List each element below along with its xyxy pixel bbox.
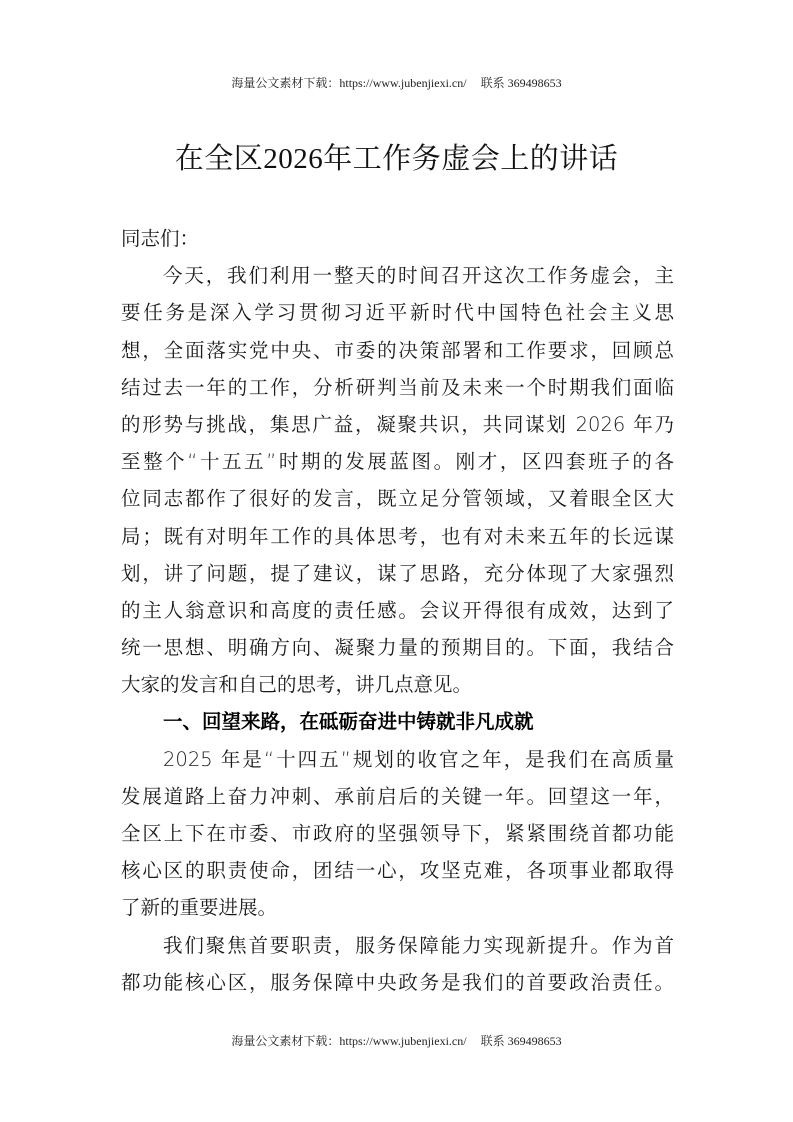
paragraph-line: 全区上下在市委、市政府的坚强领导下，紧紧围绕首都功能 [121, 815, 674, 852]
footer-download-label: 海量公文素材下载：https://www.jubenjiexi.cn/ [231, 1034, 466, 1048]
paragraph-line: 至整个“十五五”时期的发展蓝图。刚才，区四套班子的各 [121, 443, 674, 480]
header-download-label: 海量公文素材下载：https://www.jubenjiexi.cn/ [231, 76, 466, 90]
paragraph-line: 都功能核心区，服务保障中央政务是我们的首要政治责任。 [121, 964, 674, 1001]
paragraph-line: 结过去一年的工作，分析研判当前及未来一个时期我们面临 [121, 369, 674, 406]
paragraph-line: 要任务是深入学习贯彻习近平新时代中国特色社会主义思 [121, 294, 674, 331]
page-header: 海量公文素材下载：https://www.jubenjiexi.cn/联系 36… [0, 74, 793, 91]
footer-contact: 联系 369498653 [481, 1034, 562, 1048]
document-body: 同志们： 今天，我们利用一整天的时间召开这次工作务虚会，主 要任务是深入学习贯彻… [121, 220, 674, 1001]
paragraph-line: 的形势与挑战，集思广益，凝聚共识，共同谋划 2026 年乃 [121, 406, 674, 443]
paragraph-line: 划，讲了问题，提了建议，谋了思路，充分体现了大家强烈 [121, 555, 674, 592]
paragraph-line: 了新的重要进展。 [121, 889, 674, 926]
salutation: 同志们： [121, 220, 674, 257]
paragraph-line: 2025 年是“十四五”规划的收官之年，是我们在高质量 [121, 741, 674, 778]
section-heading: 一、回望来路，在砥砺奋进中铸就非凡成就 [121, 703, 674, 740]
paragraph-line: 核心区的职责使命，团结一心，攻坚克难，各项事业都取得 [121, 852, 674, 889]
paragraph-line: 的主人翁意识和高度的责任感。会议开得很有成效，达到了 [121, 592, 674, 629]
header-contact: 联系 369498653 [481, 76, 562, 90]
paragraph-line: 统一思想、明确方向、凝聚力量的预期目的。下面，我结合 [121, 629, 674, 666]
paragraph-line: 发展道路上奋力冲刺、承前启后的关键一年。回望这一年， [121, 778, 674, 815]
page-footer: 海量公文素材下载：https://www.jubenjiexi.cn/联系 36… [0, 1032, 793, 1049]
document-title: 在全区2026年工作务虚会上的讲话 [0, 136, 793, 177]
paragraph-line: 我们聚焦首要职责，服务保障能力实现新提升。作为首 [121, 927, 674, 964]
paragraph-line: 位同志都作了很好的发言，既立足分管领域，又着眼全区大 [121, 480, 674, 517]
paragraph-line: 想，全面落实党中央、市委的决策部署和工作要求，回顾总 [121, 332, 674, 369]
paragraph-line: 局；既有对明年工作的具体思考，也有对未来五年的长远谋 [121, 518, 674, 555]
paragraph-line: 今天，我们利用一整天的时间召开这次工作务虚会，主 [121, 257, 674, 294]
paragraph-line: 大家的发言和自己的思考，讲几点意见。 [121, 666, 674, 703]
